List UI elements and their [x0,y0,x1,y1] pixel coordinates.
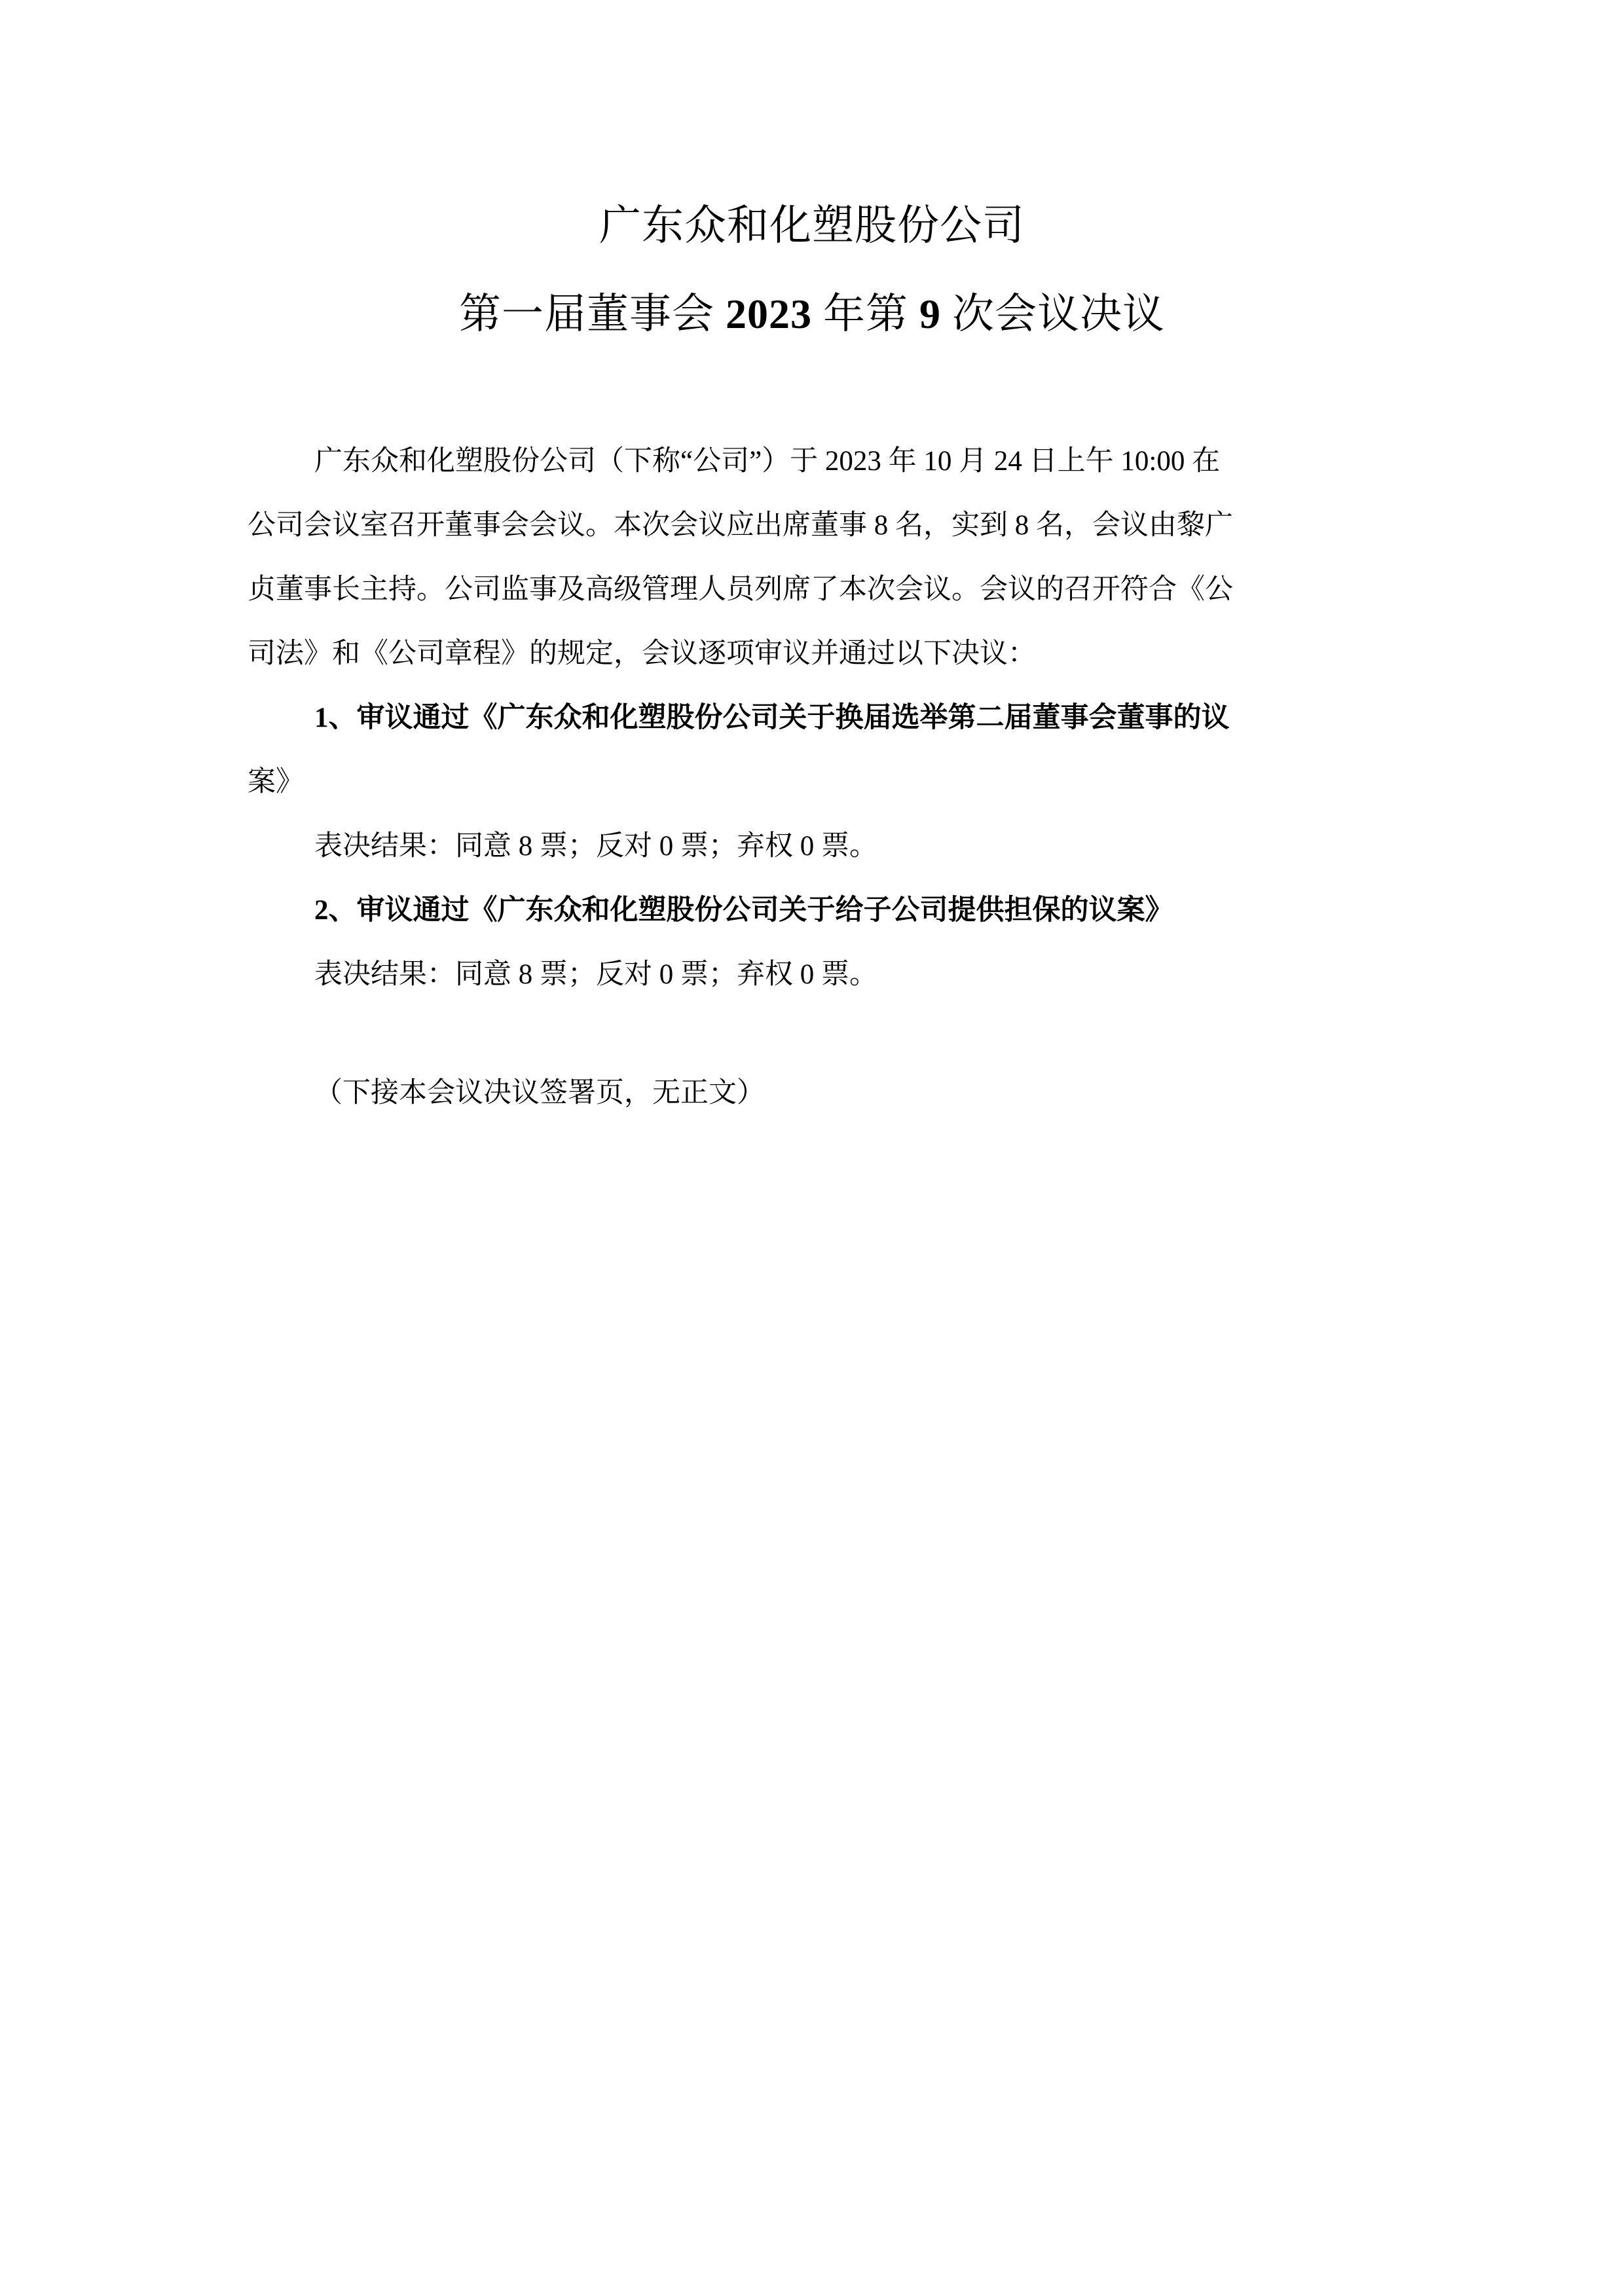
intro-line-2: 公司会议室召开董事会会议。本次会议应出席董事 8 名，实到 8 名，会议由黎广 [248,506,1400,545]
signature-page-note: （下接本会议决议签署页，无正文） [314,1074,1467,1113]
company-name: 广东众和化塑股份公司 [599,202,1025,249]
title-year: 2023 [726,291,812,337]
document-page: 广东众和化塑股份公司 第一届董事会 2023 年第 9 次会议决议 广东众和化塑… [0,0,1624,2296]
resolution-1-vote-result: 表决结果：同意 8 票；反对 0 票；弃权 0 票。 [314,827,1467,866]
title-mid: 年第 [823,291,908,337]
intro-line-3: 贞董事长主持。公司监事及高级管理人员列席了本次会议。会议的召开符合《公 [248,570,1400,610]
intro-line-4: 司法》和《公司章程》的规定，会议逐项审议并通过以下决议： [248,634,1400,674]
resolution-1-number: 1 [314,702,329,733]
company-title: 广东众和化塑股份公司 [0,200,1624,252]
resolution-1-heading-text: 、审议通过《广东众和化塑股份公司关于换届选举第二届董事会董事的议 [329,702,1230,733]
resolution-2-heading: 2、审议通过《广东众和化塑股份公司关于给子公司提供担保的议案》 [314,891,1467,930]
resolution-1-heading-cont: 案》 [248,763,1400,802]
resolution-title: 第一届董事会 2023 年第 9 次会议决议 [0,288,1624,340]
title-suffix: 次会议决议 [952,291,1165,337]
resolution-2-number: 2 [314,895,329,926]
title-session-number: 9 [919,291,941,337]
resolution-1-heading: 1、审议通过《广东众和化塑股份公司关于换届选举第二届董事会董事的议 [314,699,1467,738]
intro-line-1: 广东众和化塑股份公司（下称“公司”）于 2023 年 10 月 24 日上午 1… [314,442,1467,481]
resolution-2-vote-result: 表决结果：同意 8 票；反对 0 票；弃权 0 票。 [314,955,1467,994]
title-prefix: 第一届董事会 [459,291,714,337]
resolution-2-heading-text: 、审议通过《广东众和化塑股份公司关于给子公司提供担保的议案》 [329,895,1173,926]
